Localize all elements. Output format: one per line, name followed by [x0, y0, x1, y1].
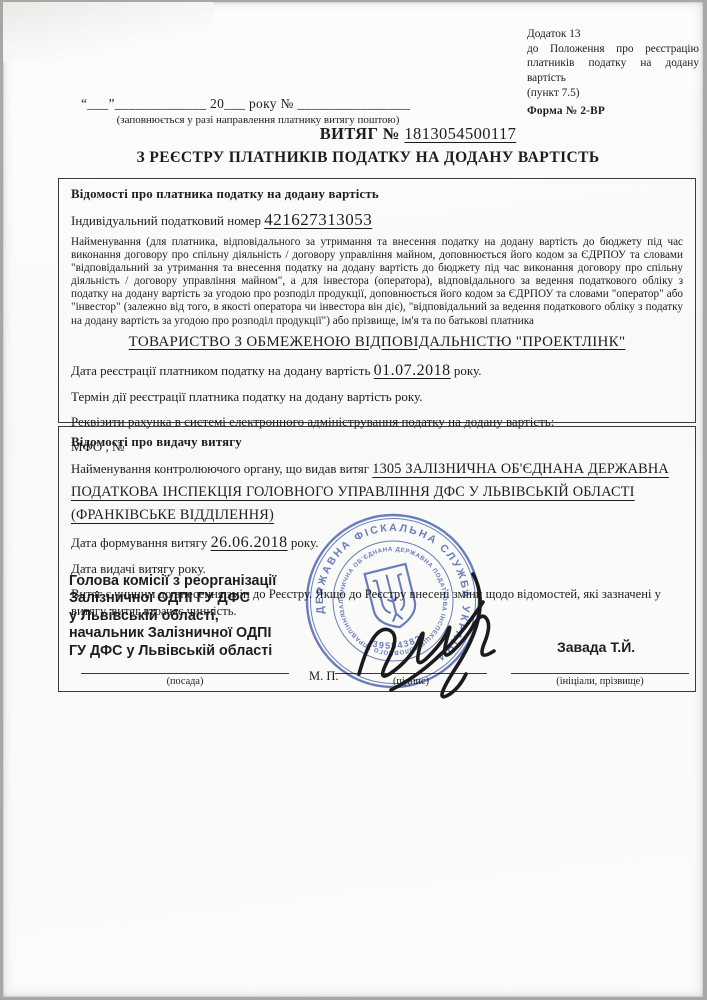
- authority-label: Найменування контролюючого органу, що ви…: [71, 462, 369, 476]
- formed-date-value: 26.06.2018: [211, 534, 288, 551]
- formed-date-label: Дата формування витягу: [71, 535, 207, 550]
- name-note-paragraph: Найменування (для платника, відповідальн…: [71, 236, 683, 328]
- blank-date-line: “___”_____________ 20___ року № ________…: [81, 96, 501, 112]
- term-line: Термін дії реєстрації платника податку н…: [71, 389, 683, 405]
- appendix-line: Додаток 13: [527, 27, 699, 42]
- registration-date-line: Дата реєстрації платником податку на дод…: [71, 362, 683, 380]
- registration-date-suffix: року.: [454, 363, 482, 378]
- authority-line: Найменування контролюючого органу, що ви…: [71, 458, 683, 527]
- extract-info-box: Відомості про видачу витягу Найменування…: [58, 426, 696, 692]
- position-signature-rule: (посада): [81, 673, 289, 687]
- ipn-line: Індивідуальний податковий номер 42162731…: [71, 210, 683, 230]
- payer-info-box: Відомості про платника податку на додану…: [58, 178, 696, 423]
- registration-date-label: Дата реєстрації платником податку на дод…: [71, 363, 370, 378]
- extract-subtitle: З РЕЄСТРУ ПЛАТНИКІВ ПОДАТКУ НА ДОДАНУ ВА…: [41, 149, 695, 167]
- extract-number: 1813054500117: [404, 124, 516, 143]
- formed-date-line: Дата формування витягу 26.06.2018 року.: [71, 534, 683, 552]
- initials-rule: (ініціали, прізвище): [511, 673, 689, 687]
- appendix-line: до Положення про реєстрацію платників по…: [527, 42, 699, 86]
- signer-position: Голова комісії з реорганізації Залізничн…: [69, 573, 276, 660]
- appendix-line: (пункт 7.5): [527, 86, 699, 101]
- payer-box-heading: Відомості про платника податку на додану…: [71, 187, 683, 202]
- registration-date-value: 01.07.2018: [374, 362, 451, 379]
- appendix-block: Додаток 13 до Положення про реєстрацію п…: [527, 27, 699, 119]
- company-name: ТОВАРИСТВО З ОБМЕЖЕНОЮ ВІДПОВІДАЛЬНІСТЮ …: [129, 334, 626, 350]
- form-number: Форма № 2-ВР: [527, 104, 699, 119]
- company-name-line: ТОВАРИСТВО З ОБМЕЖЕНОЮ ВІДПОВІДАЛЬНІСТЮ …: [71, 334, 683, 351]
- formed-date-suffix: року.: [291, 535, 319, 550]
- extract-title-label: ВИТЯГ №: [320, 124, 400, 143]
- signature-rule: (підпис): [335, 673, 487, 687]
- paper-fold: [3, 2, 213, 62]
- extract-title: ВИТЯГ № 1813054500117: [133, 124, 703, 144]
- ipn-value: 421627313053: [264, 210, 372, 229]
- extract-box-heading: Відомості про видачу витягу: [71, 435, 683, 450]
- document-page: Додаток 13 до Положення про реєстрацію п…: [3, 2, 703, 997]
- ipn-label: Індивідуальний податковий номер: [71, 213, 261, 228]
- signer-name: Завада Т.Й.: [557, 639, 635, 655]
